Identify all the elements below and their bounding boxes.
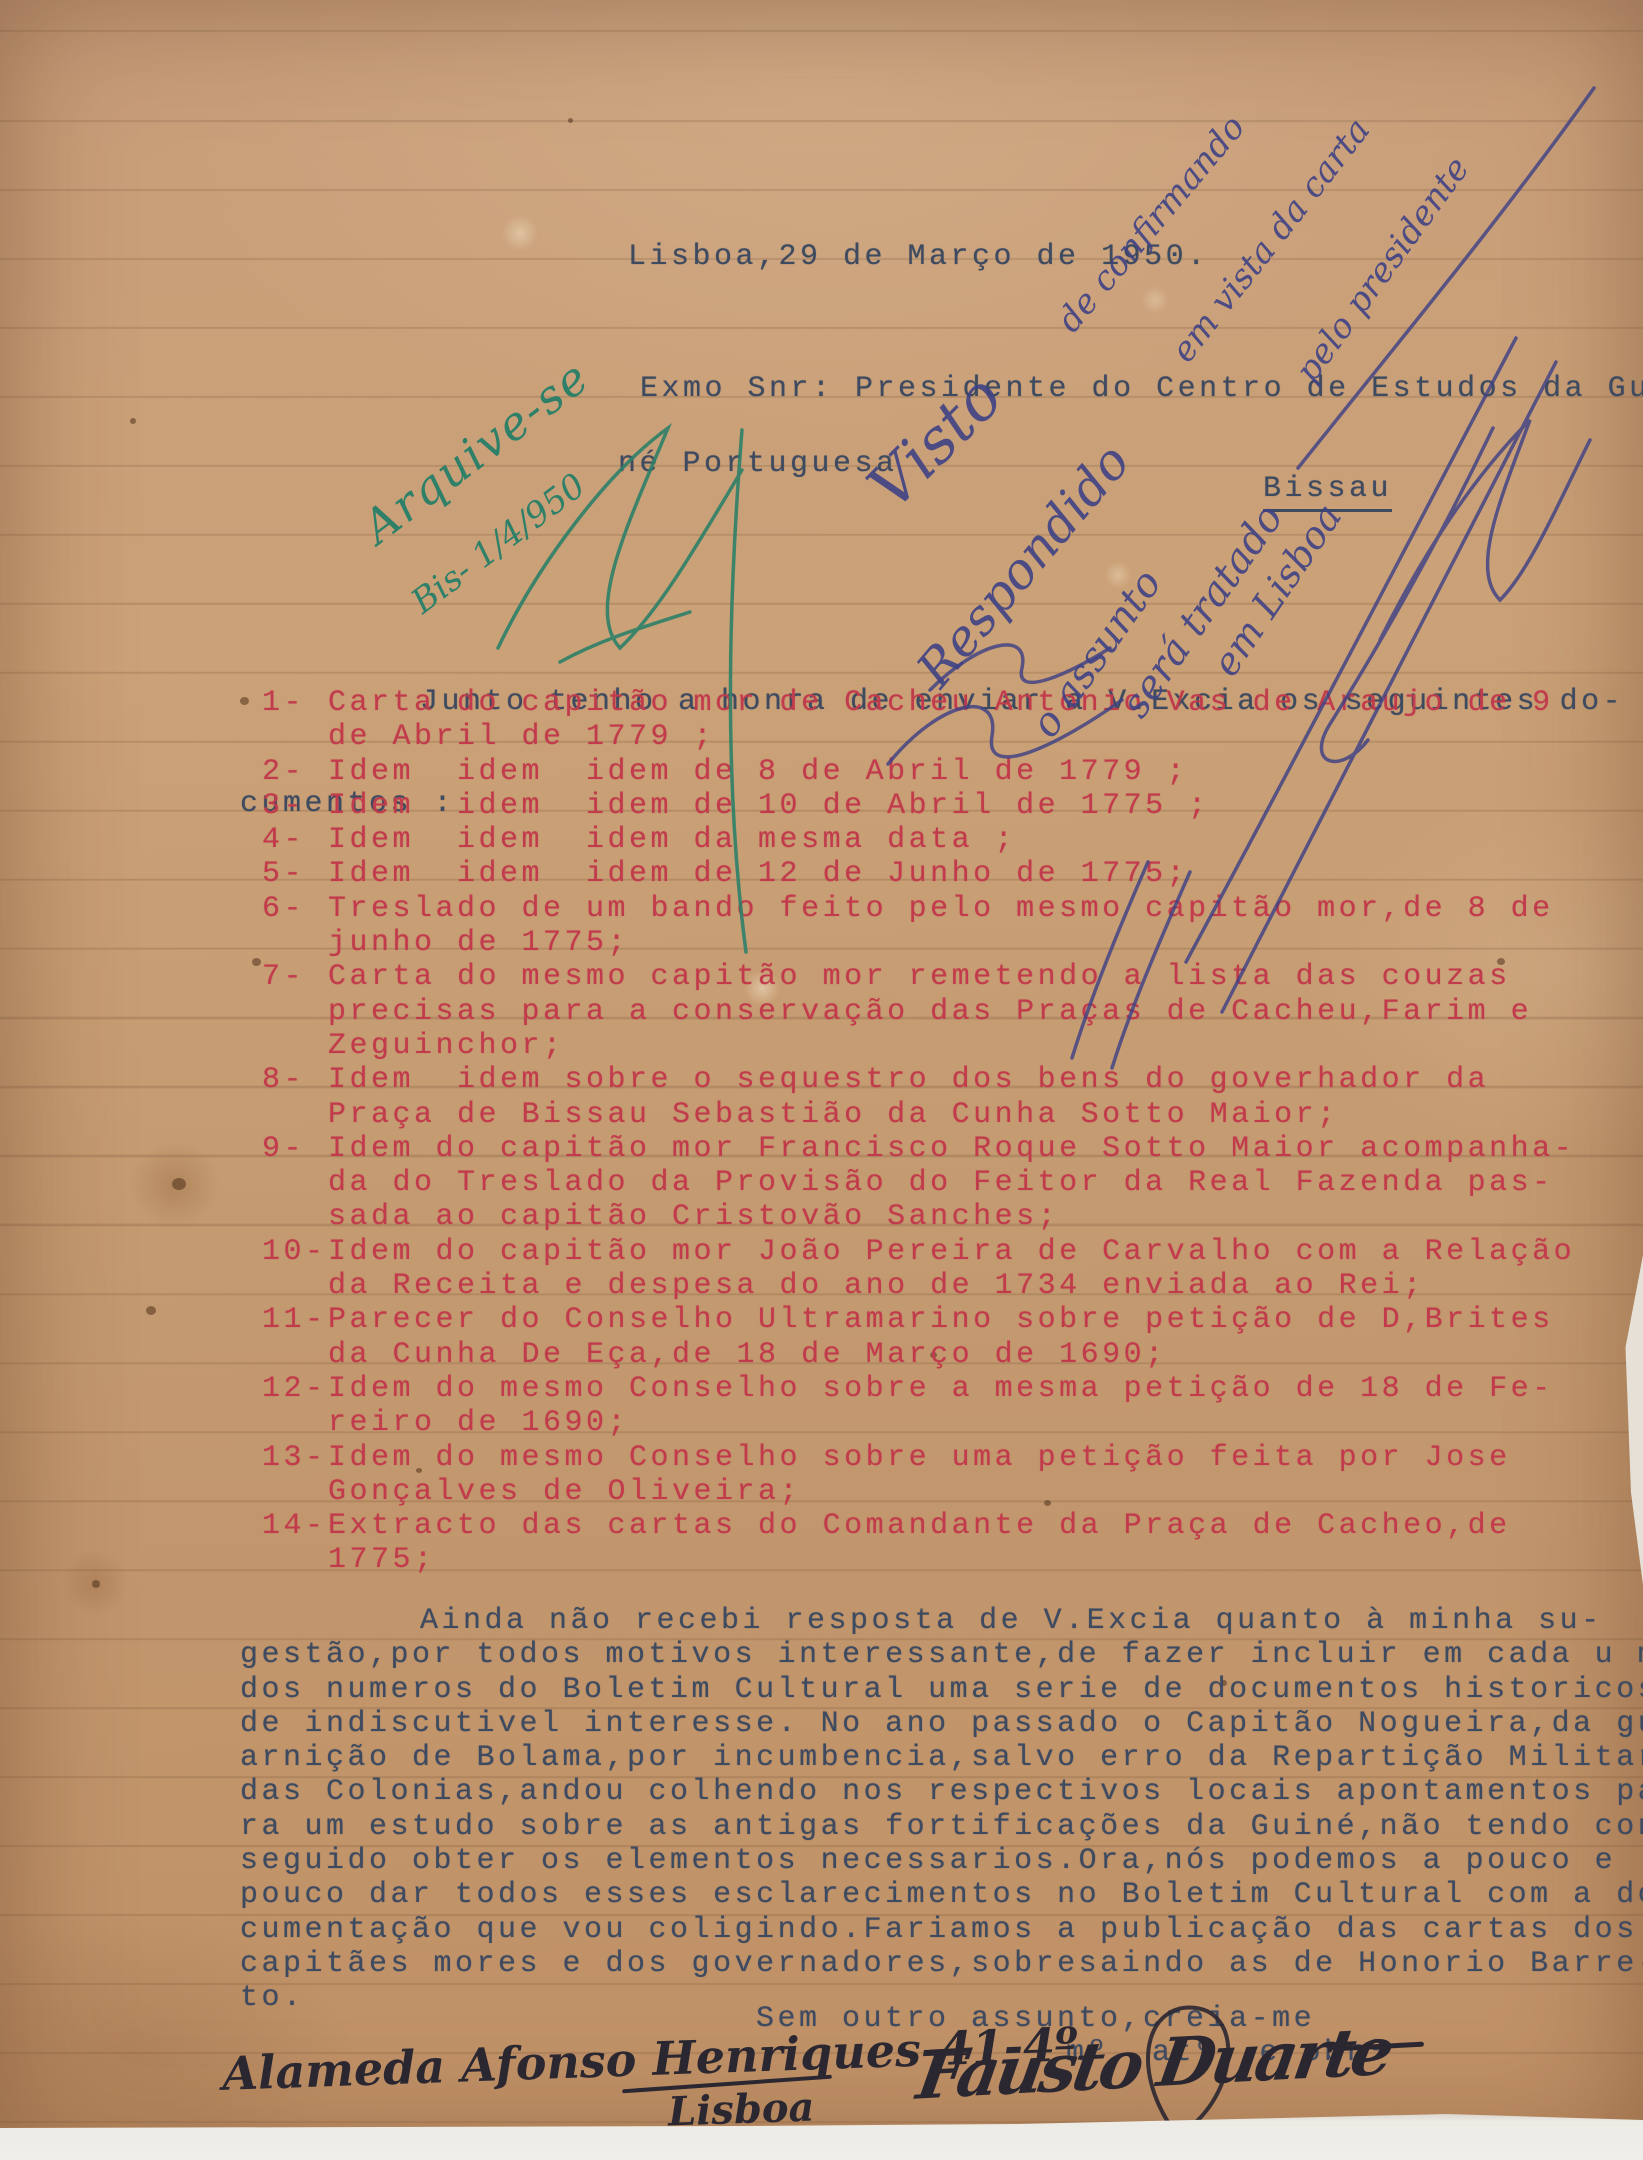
list-item-text: Idem idem sobre o sequestro dos bens do … [328, 1063, 1489, 1132]
list-item: 14-Extracto das cartas do Comandante da … [262, 1509, 1642, 1578]
paragraph-line: cumentação que vou coligindo.Fariamos a … [240, 1913, 1640, 1947]
list-item: 2-Idem idem idem de 8 de Abril de 1779 ; [262, 755, 1642, 789]
body-paragraph: Ainda não recebi resposta de V.Excia qua… [240, 1604, 1640, 2016]
list-item-number: 14- [262, 1509, 328, 1578]
stain-spot [92, 1580, 100, 1588]
list-item: 7-Carta do mesmo capitão mor remetendo a… [262, 960, 1642, 1063]
list-item-text: Idem do capitão mor João Pereira de Carv… [328, 1235, 1575, 1304]
stain-spot [172, 1178, 186, 1190]
paragraph-line: arnição de Bolama,por incumbencia,salvo … [240, 1741, 1640, 1775]
list-item-number: 10- [262, 1235, 328, 1304]
list-item: 4-Idem idem idem da mesma data ; [262, 823, 1642, 857]
list-item-number: 3- [262, 789, 328, 823]
list-item-text: Idem idem idem da mesma data ; [328, 823, 1016, 857]
paragraph-line: seguido obter os elementos necessarios.O… [240, 1844, 1640, 1878]
paragraph-line: pouco dar todos esses esclarecimentos no… [240, 1878, 1640, 1912]
list-item-number: 11- [262, 1303, 328, 1372]
list-item: 10-Idem do capitão mor João Pereira de C… [262, 1235, 1642, 1304]
paragraph-line: Ainda não recebi resposta de V.Excia qua… [240, 1604, 1640, 1638]
list-item-text: Idem idem idem de 12 de Junho de 1775; [328, 857, 1188, 891]
list-item: 8-Idem idem sobre o sequestro dos bens d… [262, 1063, 1642, 1132]
list-item-number: 8- [262, 1063, 328, 1132]
scanner-background-strip [0, 2112, 1643, 2160]
list-item-number: 12- [262, 1372, 328, 1441]
stain-spot [146, 1306, 156, 1315]
list-item-text: Idem do capitão mor Francisco Roque Sott… [328, 1132, 1575, 1235]
list-item-text: Idem idem idem de 8 de Abril de 1779 ; [328, 755, 1188, 789]
list-item-number: 1- [262, 686, 328, 755]
list-item-text: Idem idem idem de 10 de Abril de 1775 ; [328, 789, 1210, 823]
list-item-number: 13- [262, 1441, 328, 1510]
list-item: 13-Idem do mesmo Conselho sobre uma peti… [262, 1441, 1642, 1510]
paragraph-line: gestão,por todos motivos interessante,de… [240, 1638, 1640, 1672]
list-item-number: 5- [262, 857, 328, 891]
stain-spot [130, 418, 136, 424]
list-item-number: 9- [262, 1132, 328, 1235]
document-list: 1-Carta do capitão mor de Cacheu Antonio… [262, 686, 1642, 1578]
list-item-text: Parecer do Conselho Ultramarino sobre pe… [328, 1303, 1554, 1372]
list-item-text: Carta do capitão mor de Cacheu Antonio V… [328, 686, 1554, 755]
list-item-text: Treslado de um bando feito pelo mesmo ca… [328, 892, 1554, 961]
recipient-line-2: né Portuguesa [618, 447, 898, 481]
list-item-text: Carta do mesmo capitão mor remetendo a l… [328, 960, 1532, 1063]
list-item: 12-Idem do mesmo Conselho sobre a mesma … [262, 1372, 1642, 1441]
list-item: 5-Idem idem idem de 12 de Junho de 1775; [262, 857, 1642, 891]
paragraph-line: capitães mores e dos governadores,sobres… [240, 1947, 1640, 1981]
list-item: 3-Idem idem idem de 10 de Abril de 1775 … [262, 789, 1642, 823]
scanned-letter-page: Lisboa,29 de Março de 1950. Exmo Snr: Pr… [0, 0, 1643, 2160]
green-annotation-line-1: Arquive-se [353, 349, 600, 554]
list-item: 9-Idem do capitão mor Francisco Roque So… [262, 1132, 1642, 1235]
recipient-city: Bissau [1263, 472, 1392, 506]
list-item-text: Idem do mesmo Conselho sobre a mesma pet… [328, 1372, 1554, 1441]
list-item-number: 6- [262, 892, 328, 961]
list-item-text: Idem do mesmo Conselho sobre uma petição… [328, 1441, 1511, 1510]
stain-spot [568, 118, 573, 123]
list-item: 11-Parecer do Conselho Ultramarino sobre… [262, 1303, 1642, 1372]
list-item-number: 7- [262, 960, 328, 1063]
list-item-text: Extracto das cartas do Comandante da Pra… [328, 1509, 1511, 1578]
paragraph-line: das Colonias,andou colhendo nos respecti… [240, 1775, 1640, 1809]
list-item: 1-Carta do capitão mor de Cacheu Antonio… [262, 686, 1642, 755]
list-item-number: 4- [262, 823, 328, 857]
list-item: 6-Treslado de um bando feito pelo mesmo … [262, 892, 1642, 961]
paragraph-line: de indiscutivel interesse. No ano passad… [240, 1707, 1640, 1741]
recipient-line-1: Exmo Snr: Presidente do Centro de Estudo… [640, 372, 1643, 406]
list-item-number: 2- [262, 755, 328, 789]
paragraph-line: ra um estudo sobre as antigas fortificaç… [240, 1810, 1640, 1844]
stain-spot [252, 958, 261, 966]
paragraph-line: dos numeros do Boletim Cultural uma seri… [240, 1673, 1640, 1707]
